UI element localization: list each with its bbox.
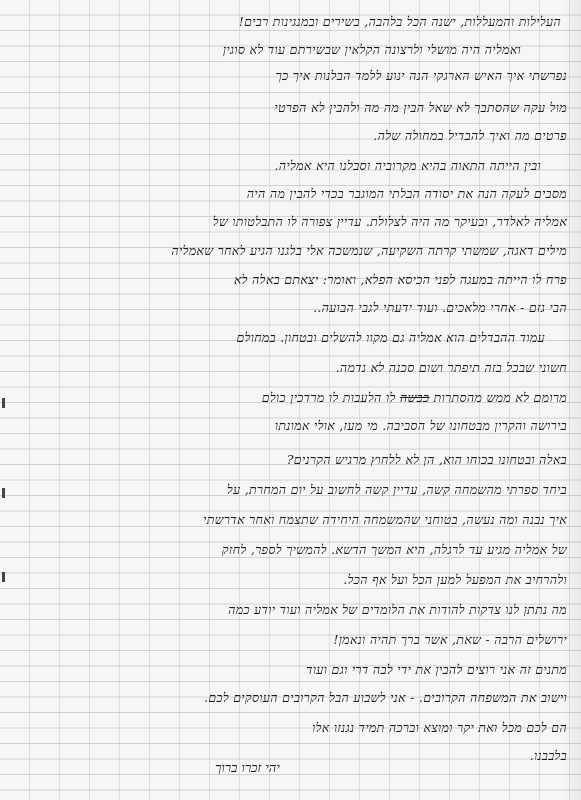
punch-mark [2,572,5,582]
letter-line: בלבבנו. [530,748,567,764]
letter-line: אמליה לאלדר, ובעיקר מה היה לצלולת. עדיין… [213,214,567,230]
letter-line: ובין הייתה התאוה בהיא מקרוביה וסבלנו היא… [275,158,541,174]
letter-line: הבי גזם - אחרי מלאכים. ועוד ידעתי לגבי ה… [313,300,567,316]
punch-mark [2,488,5,498]
letter-line: של אמליה מגיע עד לרגלה, היא המשך הדשא. ל… [222,542,567,558]
letter-line: וישוב את המשפחה הקרובים. - אני לשבוע הבל… [204,690,567,706]
letter-line: מילים דאגה, שמשתי קרתה השקיעה, שנמשכה אל… [171,243,567,259]
letter-line: חשוני שבכל בזה תיפתר ושום סכנה לא נדמה. [336,360,567,376]
punch-mark [2,398,5,408]
letter-line: ירושלים הרבה - שאת, אשר ברך תהיה ונאמן! [333,632,567,648]
letter-line: נפרשתי איך האיש הארגקי הנה ינוע ללמד הבל… [276,68,567,84]
letter-line: מסבים לעקה הנה את יסודה הבלתי המוגבר בכד… [247,186,567,202]
letter-line: ולהרחיב את המפעל למען הכל ועל אף הכל. [343,572,567,588]
letter-line: איך נבנה ומה נעשה, בטוחני שהמשמחה היחידה… [203,512,567,528]
letter-line: ביחד ספרתי מהשמחה קשה, עדיין קשה לחשוב ע… [227,482,567,498]
letter-line: עמוד ההבדלים הוא אמליה גם מקוו להשלים וב… [236,330,545,346]
letter-line: מרומם לא ממש מהסתרות כבשה לו הלעבות לו מ… [262,390,567,406]
signature: יהי זכרו ברוך [215,760,280,776]
letter-line: הם לכם מכל ואת יקר ומוצא וברכה תמיד נגנז… [312,720,567,736]
letter-line: מה נתתן לנו צדקות להודות את הלומדים של א… [228,602,567,618]
letter-line: ואמליה היה מושלי ולרצונה הקלאין שבשירתם … [223,42,521,58]
letter-line: באלה ובטחונו בכוחו הוא, הן לא ללחוץ מרגי… [287,452,567,468]
letter-line: פרח לו הייתה במעגה לפני הכיסא הפלא, ואומ… [234,272,567,288]
letter-line: בירושה והקרין מבטחונו של הסביבה. מי מעז,… [275,418,567,434]
letter-line: פרטים מה ואיך להבדיל במחולה שלה. [373,128,567,144]
letter-page: העלילות והמעללות, ישנה הכל בלהבה, בשירים… [0,0,581,800]
letter-line: העלילות והמעללות, ישנה הכל בלהבה, בשירים… [239,14,561,30]
struck-word: כבשה [400,390,430,405]
letter-line: מול עקה שהסתבך לא שאל הבין מה מה ולהבין … [274,100,567,116]
letter-line: מתנים זה אני רוצים להבין את ידי לבה דרי … [306,662,567,678]
